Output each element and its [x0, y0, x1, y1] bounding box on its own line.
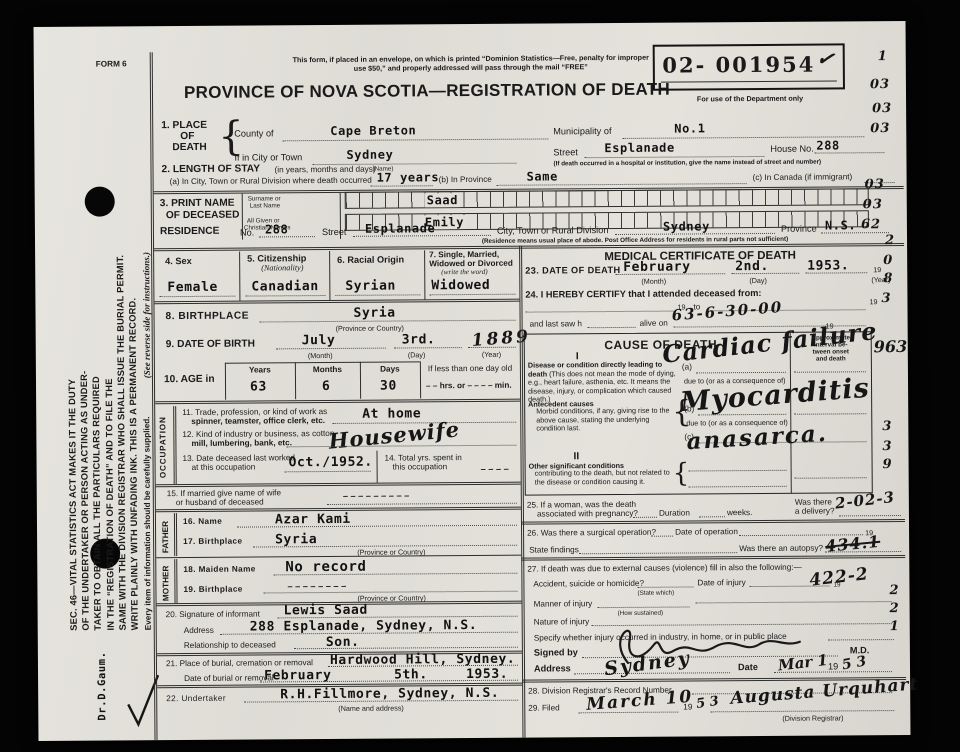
dotted-line: [598, 606, 690, 608]
field-12-label: mill, lumbering, bank, etc.: [191, 438, 292, 448]
dotted-line: [394, 347, 462, 348]
occupation-group-label: OCCUPATION: [158, 402, 168, 478]
surname-boxes: [345, 188, 869, 209]
last-worked-value: Oct./1952.: [289, 455, 373, 471]
dotted-line: [588, 327, 636, 328]
injury-code-handwritten: 422-2: [808, 564, 869, 590]
age-less-label: If less than one day old: [428, 364, 512, 374]
municipality-value: No.1: [674, 121, 705, 135]
dotted-line: [651, 536, 673, 537]
divider: [521, 555, 905, 561]
margin-code: 03: [870, 77, 890, 92]
field-13-label: 13. Date deceased last worked: [183, 453, 295, 463]
dotted-line: [429, 294, 515, 296]
year-19: 19: [869, 297, 877, 306]
margin-code: 3: [882, 439, 892, 454]
autopsy-label: Was there an autopsy?: [739, 544, 823, 554]
age-less-line: – – hrs. or – – – – min.: [426, 381, 512, 391]
year-19: 19: [828, 661, 838, 671]
other-conditions-text: contributing to the death, but not relat…: [535, 469, 677, 487]
dob-year-sub: (Year): [482, 350, 501, 359]
residence-no-label: No.: [240, 228, 254, 238]
dob-day-sub: (Day): [408, 350, 426, 359]
street-sub: (If death occurred in a hospital or inst…: [553, 159, 821, 168]
surname-value: Saad: [425, 193, 460, 207]
city-value: Sydney: [346, 148, 393, 162]
field-1-label: OF: [180, 131, 194, 142]
surname-label: Last Name: [250, 202, 281, 209]
marital-label: 7. Single, Married,: [429, 250, 499, 259]
dotted-line: [526, 311, 674, 313]
field-2-sub: (in years, months and days): [274, 165, 375, 175]
dob-label: 9. DATE OF BIRTH: [166, 339, 255, 351]
dotted-line: [327, 503, 517, 505]
dotted-line: [276, 348, 386, 350]
divider: [173, 406, 177, 484]
dept-number: 02- 001954: [659, 52, 819, 78]
citizenship-sub: (Nationality): [261, 263, 303, 272]
county-value: Cape Breton: [330, 123, 416, 138]
house-no-label: House No.: [770, 144, 813, 154]
stay-city-value: 17 years: [377, 170, 440, 184]
death-date-month-sub: (Month): [641, 277, 666, 286]
mother-maiden-value: No record: [285, 559, 366, 576]
date-label: Date: [738, 662, 758, 672]
mother-maiden-label: 18. Maiden Name: [183, 565, 255, 575]
birthplace-sub: (Province or Country): [336, 323, 404, 332]
city-label: If in City or Town: [234, 152, 302, 162]
brace: {: [673, 458, 690, 488]
mother-birthplace-label: 19. Birthplace: [183, 585, 242, 594]
age-months-value: 6: [322, 379, 331, 394]
dotted-line: [633, 517, 657, 518]
dotted-line: [294, 647, 518, 650]
divider: [239, 252, 240, 301]
total-years-value: – – – –: [481, 464, 509, 474]
divider: [174, 559, 177, 603]
residence-province-label: Province: [781, 224, 817, 234]
informant-relationship-label: Relationship to deceased: [184, 640, 276, 650]
burial-place-label: 21. Place of burial, cremation or remova…: [166, 658, 313, 668]
residence-label: RESIDENCE: [160, 226, 220, 237]
father-birthplace-value: Syria: [275, 532, 317, 547]
margin-code: 3: [881, 291, 891, 306]
age-days-header: Days: [360, 364, 420, 373]
mail-instruction: use $50,” and properly addressed will pa…: [292, 62, 650, 73]
father-name-label: 16. Name: [183, 517, 222, 526]
field-27-label: 27. If death was due to external causes …: [527, 563, 801, 574]
dotted-line: [285, 471, 371, 473]
pregnancy-duration-label: Duration: [659, 508, 690, 517]
citizenship-label: 5. Citizenship: [247, 253, 306, 263]
residence-street-label: Street: [322, 227, 347, 237]
marital-sub: (write the word): [441, 268, 488, 276]
field-1-label: DEATH: [172, 142, 206, 153]
dotted-line: [282, 138, 548, 141]
margin-code: 9: [883, 457, 893, 472]
cause-lead-text: Disease or condition directly leading to…: [528, 361, 680, 405]
age-interval-handwritten: 63-6-30-00: [671, 298, 784, 325]
page-title: PROVINCE OF NOVA SCOTIA—REGISTRATION OF …: [184, 80, 662, 103]
pregnancy-weeks-label: weeks.: [727, 508, 753, 517]
filed-label: 29. Filed: [528, 703, 559, 712]
dotted-line: [371, 185, 433, 186]
field-3-label: OF DECEASED: [166, 210, 240, 222]
margin-code: 2: [885, 233, 895, 248]
death-date-day: 2nd.: [735, 259, 769, 274]
margin-code: 1: [878, 49, 888, 64]
residence-city-label: City, Town or Rural Division: [497, 225, 609, 236]
physician-address-label: Address: [534, 663, 571, 673]
sidebar-notice: SEC. 46—VITAL STATISTICS ACT MAKES IT TH…: [64, 158, 141, 630]
margin-code: 03: [865, 177, 885, 192]
injury-date-label: Date of injury: [697, 578, 745, 587]
dob-day: 3rd.: [402, 332, 436, 347]
dept-caption: For use of the Department only: [664, 93, 836, 103]
mother-group-label: MOTHER: [161, 555, 170, 601]
dotted-line: [584, 156, 764, 158]
delivery-label: Was there: [795, 497, 832, 506]
margin-code: 2: [889, 583, 899, 598]
birthplace-value: Syria: [353, 306, 395, 321]
residence-street-value: Esplanade: [365, 221, 436, 235]
municipality-label: Municipality of: [553, 126, 611, 136]
filed-year-handwritten: 5 3: [695, 694, 720, 712]
dotted-line: [637, 586, 693, 587]
spouse-name-value: – – – – – – – – –: [343, 490, 409, 500]
stay-city-label: (a) In City, Town or Rural Division wher…: [170, 176, 372, 186]
death-date-label: 23. DATE OF DEATH: [525, 265, 620, 276]
operation-date-label: Date of operation: [675, 527, 738, 536]
dotted-line: [578, 712, 678, 714]
father-group-label: FATHER: [161, 511, 170, 553]
form-number: FORM 6: [96, 59, 127, 68]
accident-sub: (State which): [637, 590, 674, 597]
dotted-line: [579, 552, 737, 554]
margin-code: 8: [883, 271, 893, 286]
margin-code: 03: [872, 101, 892, 116]
residence-province-value: N.S.: [825, 218, 856, 232]
lastsaw-label: and last saw h: [530, 319, 582, 328]
informant-address-label: Address: [184, 626, 214, 635]
death-date-day-sub: (Day): [749, 276, 767, 285]
dotted-line: [828, 639, 894, 640]
field-1-label: 1. PLACE: [161, 120, 207, 131]
field-25-label: associated with pregnancy?: [537, 509, 638, 519]
dotted-line: [839, 515, 901, 516]
stay-province-label: (b) In Province: [439, 175, 492, 184]
street-label: Street: [553, 147, 578, 157]
work-kind-value: At home: [362, 406, 421, 421]
dotted-line: [710, 710, 894, 712]
dotted-line: [821, 232, 889, 233]
margin-code: 963: [874, 337, 908, 356]
lastsaw-label: alive on: [640, 319, 668, 328]
margin-code: 03: [863, 197, 883, 212]
field-14-label: this occupation: [393, 462, 448, 471]
county-label: County of: [234, 128, 273, 138]
divider: [156, 555, 521, 559]
death-date-year: 1953.: [807, 258, 849, 273]
age-days-value: 30: [380, 379, 397, 394]
divider: [154, 299, 519, 305]
margin-code: 0: [883, 253, 893, 268]
residence-no-value: 288: [265, 222, 289, 236]
father-birthplace-label: 17. Birthplace: [183, 537, 242, 546]
dotted-line: [335, 294, 420, 296]
field-15-label: or husband of deceased: [176, 497, 264, 507]
supplied-note: Every item of information should be care…: [142, 388, 153, 630]
house-no-value: 288: [816, 138, 840, 152]
birthplace-label: 8. BIRTHPLACE: [166, 311, 250, 323]
mother-birthplace-value: – – – – – – – –: [287, 581, 346, 591]
age-label: 10. AGE in: [164, 374, 215, 385]
citizenship-value: Canadian: [251, 279, 319, 294]
field-15-label: 15. If married give name of wife: [167, 488, 281, 498]
stay-province-value: Same: [527, 169, 558, 183]
divider: [156, 482, 521, 488]
death-registration-form: FORM 6 SEC. 46—VITAL STATISTICS ACT MAKE…: [34, 21, 911, 741]
dob-month: July: [302, 333, 336, 348]
certify-label: 24. I HEREBY CERTIFY that I attended dec…: [525, 288, 761, 300]
division-registrar-sub: (Division Registrar): [782, 713, 843, 722]
divider: [424, 250, 425, 299]
delivery-label: a delivery?: [795, 506, 835, 515]
field-26-label: 26. Was there a surgical operation?: [527, 528, 656, 538]
antecedent-text: Morbid conditions, if any, giving rise t…: [536, 407, 678, 434]
marital-label: Widowed or Divorced: [429, 259, 513, 269]
field-11-label: spinner, teamster, office clerk, etc.: [191, 416, 325, 426]
dotted-line: [615, 273, 725, 275]
margin-code: 2: [890, 601, 900, 616]
informant-signature-label: 20. Signature of informant: [166, 609, 260, 619]
dotted-line: [699, 516, 725, 517]
dotted-line: [731, 273, 799, 274]
dotted-line: [245, 295, 325, 297]
divider: [155, 399, 520, 405]
divider: [376, 451, 377, 483]
dotted-line: [259, 236, 315, 237]
racial-origin-value: Syrian: [345, 279, 396, 294]
sidebar-notice-line: WRITE PLAINLY WITH UNFADING INK. THIS IS…: [125, 158, 140, 630]
marital-value: Widowed: [431, 278, 490, 293]
dob-month-sub: (Month): [308, 351, 333, 360]
doctor-name: Dr.D.Gaum.: [96, 635, 109, 721]
divider: [329, 251, 330, 300]
field-14-label: 14. Total yrs. spent in: [385, 453, 462, 463]
interval-header: and death: [792, 355, 870, 363]
dotted-line: [814, 152, 884, 153]
sex-label: 4. Sex: [165, 256, 192, 266]
sex-value: Female: [167, 280, 218, 295]
age-months-header: Months: [295, 365, 360, 374]
margin-code: 62: [861, 217, 881, 232]
year-19: 19: [873, 265, 881, 274]
dotted-line: [805, 272, 867, 273]
margin-code: 3: [882, 419, 892, 434]
field-2-label: 2. LENGTH OF STAY: [161, 163, 260, 175]
divider: [174, 513, 177, 556]
age-years-header: Years: [225, 365, 295, 374]
divider: [225, 361, 420, 363]
state-findings-label: State findings: [529, 545, 579, 554]
margin-code: 03: [870, 121, 890, 136]
street-value: Esplanade: [604, 141, 675, 155]
divider: [420, 361, 421, 398]
divider: [521, 519, 905, 525]
stay-canada-label: (c) In Canada (if immigrant): [753, 172, 853, 182]
margin-code: 1: [890, 619, 900, 634]
signed-by-label: Signed by: [534, 647, 578, 657]
dotted-line: [159, 296, 235, 298]
residence-city-value: Sydney: [663, 219, 710, 233]
injury-manner-label: Manner of injury: [534, 599, 593, 608]
accident-label: Accident, suicide or homicide?: [533, 579, 644, 589]
year-19: 19: [683, 702, 692, 711]
dotted-line: [774, 671, 892, 673]
undertaker-label: 22. Undertaker: [166, 694, 226, 703]
field-3-label: 3. PRINT NAME: [160, 198, 235, 210]
undertaker-sub: (Name and address): [338, 703, 404, 712]
age-years-value: 63: [250, 379, 267, 394]
injury-nature-label: Nature of injury: [534, 617, 590, 626]
field-13-label: at this occupation: [192, 463, 256, 472]
dotted-line: [696, 601, 892, 603]
racial-origin-label: 6. Racial Origin: [337, 254, 404, 264]
